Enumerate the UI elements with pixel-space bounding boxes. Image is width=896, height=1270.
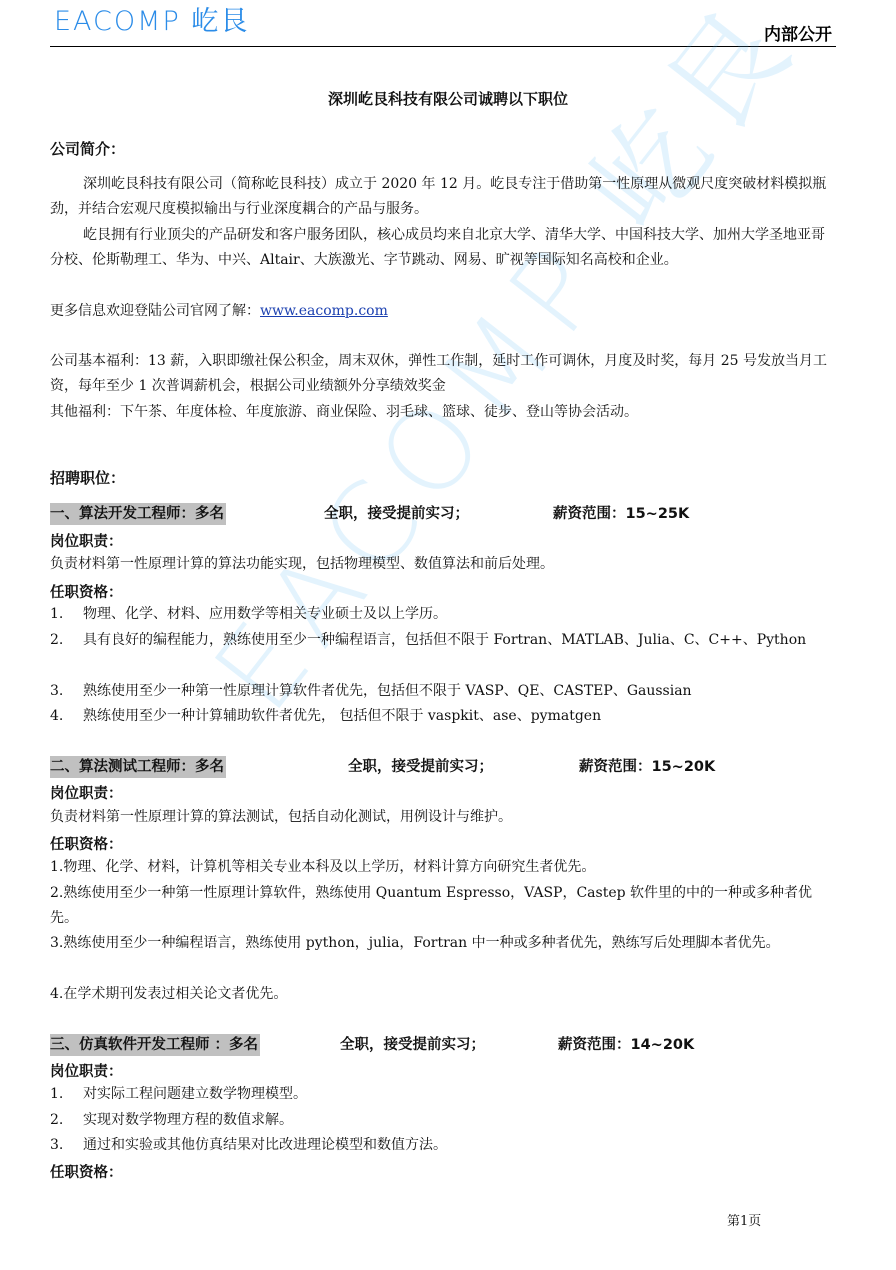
job-type: 全职，接受提前实习； xyxy=(348,756,493,778)
job-title: 三、仿真软件开发工程师 ：多名 xyxy=(50,1034,260,1056)
job-salary: 薪资范围：15~25K xyxy=(553,503,689,525)
item-text: 熟练使用至少一种第一性原理计算软件者优先，包括但不限于 VASP、QE、CAST… xyxy=(50,679,832,704)
requirement-item: 3.熟练使用至少一种编程语言，熟练使用 python，julia，Fortran… xyxy=(50,931,832,956)
more-info-line: 更多信息欢迎登陆公司官网了解：www.eacomp.com xyxy=(50,299,832,324)
page-number: 第1页 xyxy=(727,1210,761,1229)
duty-item: 3.通过和实验或其他仿真结果对比改进理论模型和数值方法。 xyxy=(50,1133,832,1158)
item-number: 2. xyxy=(50,628,63,653)
duties-label: 岗位职责： xyxy=(50,1060,123,1081)
page-header: EACOMP 屹艮 内部公开 xyxy=(50,0,836,47)
item-number: 2. xyxy=(50,1108,63,1133)
classification-label: 内部公开 xyxy=(764,20,832,45)
item-text: 通过和实验或其他仿真结果对比改进理论模型和数值方法。 xyxy=(50,1133,832,1158)
requirements-label: 任职资格： xyxy=(50,581,123,602)
item-text: 物理、化学、材料、应用数学等相关专业硕士及以上学历。 xyxy=(50,602,832,627)
positions-heading: 招聘职位： xyxy=(50,467,125,488)
job-duties: 负责材料第一性原理计算的算法测试，包括自动化测试，用例设计与维护。 xyxy=(50,805,832,830)
document-title: 深圳屹艮科技有限公司诚聘以下职位 xyxy=(0,88,896,109)
intro-paragraph-1: 深圳屹艮科技有限公司（简称屹艮科技）成立于 2020 年 12 月。屹艮专注于借… xyxy=(50,172,832,222)
intro-paragraph-2: 屹艮拥有行业顶尖的产品研发和客户服务团队，核心成员均来自北京大学、清华大学、中国… xyxy=(50,223,832,273)
item-number: 3. xyxy=(50,679,63,704)
intro-heading: 公司简介： xyxy=(50,138,125,159)
requirement-item: 2.熟练使用至少一种第一性原理计算软件，熟练使用 Quantum Espress… xyxy=(50,881,832,931)
requirement-item: 4.熟练使用至少一种计算辅助软件者优先， 包括但不限于 vaspkit、ase、… xyxy=(50,704,832,729)
more-info-label: 更多信息欢迎登陆公司官网了解： xyxy=(50,303,260,319)
basic-benefits: 公司基本福利：13 薪，入职即缴社保公积金，周末双休，弹性工作制，延时工作可调休… xyxy=(50,349,832,399)
job-duties: 负责材料第一性原理计算的算法功能实现，包括物理模型、数值算法和前后处理。 xyxy=(50,552,832,577)
requirements-label: 任职资格： xyxy=(50,1161,123,1182)
job-salary: 薪资范围：15~20K xyxy=(579,756,715,778)
duty-item: 2.实现对数学物理方程的数值求解。 xyxy=(50,1108,832,1133)
job-title: 二、算法测试工程师：多名 xyxy=(50,756,226,778)
website-link[interactable]: www.eacomp.com xyxy=(260,303,388,319)
job-header-2: 二、算法测试工程师：多名 全职，接受提前实习； 薪资范围：15~20K xyxy=(50,756,832,778)
job-type: 全职，接受提前实习； xyxy=(324,503,469,525)
requirements-label: 任职资格： xyxy=(50,833,123,854)
other-benefits: 其他福利：下午茶、年度体检、年度旅游、商业保险、羽毛球、篮球、徒步、登山等协会活… xyxy=(50,400,832,425)
job-header-1: 一、算法开发工程师：多名 全职，接受提前实习； 薪资范围：15~25K xyxy=(50,503,832,525)
item-text: 具有良好的编程能力，熟练使用至少一种编程语言，包括但不限于 Fortran、MA… xyxy=(50,628,832,653)
item-text: 实现对数学物理方程的数值求解。 xyxy=(50,1108,832,1133)
eacomp-logo: EACOMP 屹艮 xyxy=(54,6,249,38)
duty-item: 1.对实际工程问题建立数学物理模型。 xyxy=(50,1082,832,1107)
job-type: 全职，接受提前实习； xyxy=(340,1034,485,1056)
duties-label: 岗位职责： xyxy=(50,530,123,551)
item-number: 3. xyxy=(50,1133,63,1158)
requirement-item: 1.物理、化学、材料、应用数学等相关专业硕士及以上学历。 xyxy=(50,602,832,627)
requirement-item: 3.熟练使用至少一种第一性原理计算软件者优先，包括但不限于 VASP、QE、CA… xyxy=(50,679,832,704)
requirement-item: 2.具有良好的编程能力，熟练使用至少一种编程语言，包括但不限于 Fortran、… xyxy=(50,628,832,653)
requirement-item: 4.在学术期刊发表过相关论文者优先。 xyxy=(50,982,832,1007)
job-title: 一、算法开发工程师：多名 xyxy=(50,503,226,525)
item-text: 熟练使用至少一种计算辅助软件者优先， 包括但不限于 vaspkit、ase、py… xyxy=(50,704,832,729)
item-number: 1. xyxy=(50,602,63,627)
requirement-item: 1.物理、化学、材料，计算机等相关专业本科及以上学历，材料计算方向研究生者优先。 xyxy=(50,855,832,880)
item-number: 4. xyxy=(50,704,63,729)
item-number: 1. xyxy=(50,1082,63,1107)
item-text: 对实际工程问题建立数学物理模型。 xyxy=(50,1082,832,1107)
job-header-3: 三、仿真软件开发工程师 ：多名 全职，接受提前实习； 薪资范围：14~20K xyxy=(50,1034,832,1056)
job-salary: 薪资范围：14~20K xyxy=(558,1034,694,1056)
duties-label: 岗位职责： xyxy=(50,782,123,803)
